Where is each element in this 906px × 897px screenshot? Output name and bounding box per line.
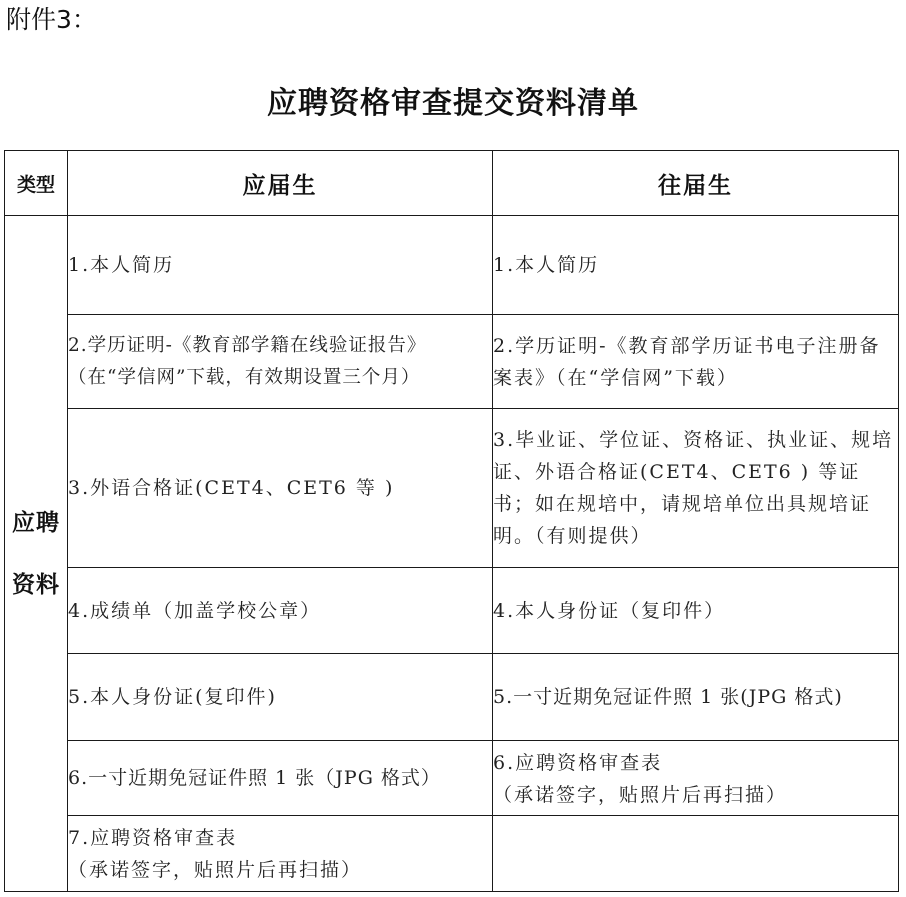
previous-item-3: 3.毕业证、学位证、资格证、执业证、规培证、外语合格证(CET4、CET6 ) …	[493, 409, 899, 568]
previous-item-1: 1.本人简历	[493, 216, 899, 315]
previous-item-6: 6.应聘资格审查表 （承诺签字，贴照片后再扫描）	[493, 741, 899, 816]
attachment-label: 附件3：	[6, 4, 97, 36]
type-cell-application-materials: 应聘 资料	[5, 216, 68, 892]
document-title: 应聘资格审查提交资料清单	[0, 84, 906, 124]
materials-checklist-table: 类型 应届生 往届生 应聘 资料 1.本人简历 1.本人简历 2.学历证明-《教…	[4, 150, 899, 892]
table-row: 应聘 资料 1.本人简历 1.本人简历	[5, 216, 899, 315]
table-row: 2.学历证明-《教育部学籍在线验证报告》 （在“学信网”下载，有效期设置三个月）…	[5, 315, 899, 409]
fresh-item-4: 4.成绩单（加盖学校公章）	[68, 568, 493, 654]
table-row: 7.应聘资格审查表 （承诺签字，贴照片后再扫描）	[5, 816, 899, 892]
fresh-item-6: 6.一寸近期免冠证件照 1 张（JPG 格式）	[68, 741, 493, 816]
previous-item-4: 4.本人身份证（复印件）	[493, 568, 899, 654]
table-row: 4.成绩单（加盖学校公章） 4.本人身份证（复印件）	[5, 568, 899, 654]
table-header-row: 类型 应届生 往届生	[5, 151, 899, 216]
header-fresh-graduates: 应届生	[68, 151, 493, 216]
table-row: 3.外语合格证(CET4、CET6 等 ) 3.毕业证、学位证、资格证、执业证、…	[5, 409, 899, 568]
previous-item-2: 2.学历证明-《教育部学历证书电子注册备案表》（在“学信网”下载）	[493, 315, 899, 409]
type-label: 应聘 资料	[12, 492, 60, 616]
previous-item-5: 5.一寸近期免冠证件照 1 张(JPG 格式)	[493, 654, 899, 741]
fresh-item-5: 5.本人身份证(复印件)	[68, 654, 493, 741]
fresh-item-3: 3.外语合格证(CET4、CET6 等 )	[68, 409, 493, 568]
header-type: 类型	[5, 151, 68, 216]
previous-item-7-empty	[493, 816, 899, 892]
table-row: 6.一寸近期免冠证件照 1 张（JPG 格式） 6.应聘资格审查表 （承诺签字，…	[5, 741, 899, 816]
fresh-item-2: 2.学历证明-《教育部学籍在线验证报告》 （在“学信网”下载，有效期设置三个月）	[68, 315, 493, 409]
header-previous-graduates: 往届生	[493, 151, 899, 216]
fresh-item-7: 7.应聘资格审查表 （承诺签字，贴照片后再扫描）	[68, 816, 493, 892]
fresh-item-1: 1.本人简历	[68, 216, 493, 315]
table-row: 5.本人身份证(复印件) 5.一寸近期免冠证件照 1 张(JPG 格式)	[5, 654, 899, 741]
